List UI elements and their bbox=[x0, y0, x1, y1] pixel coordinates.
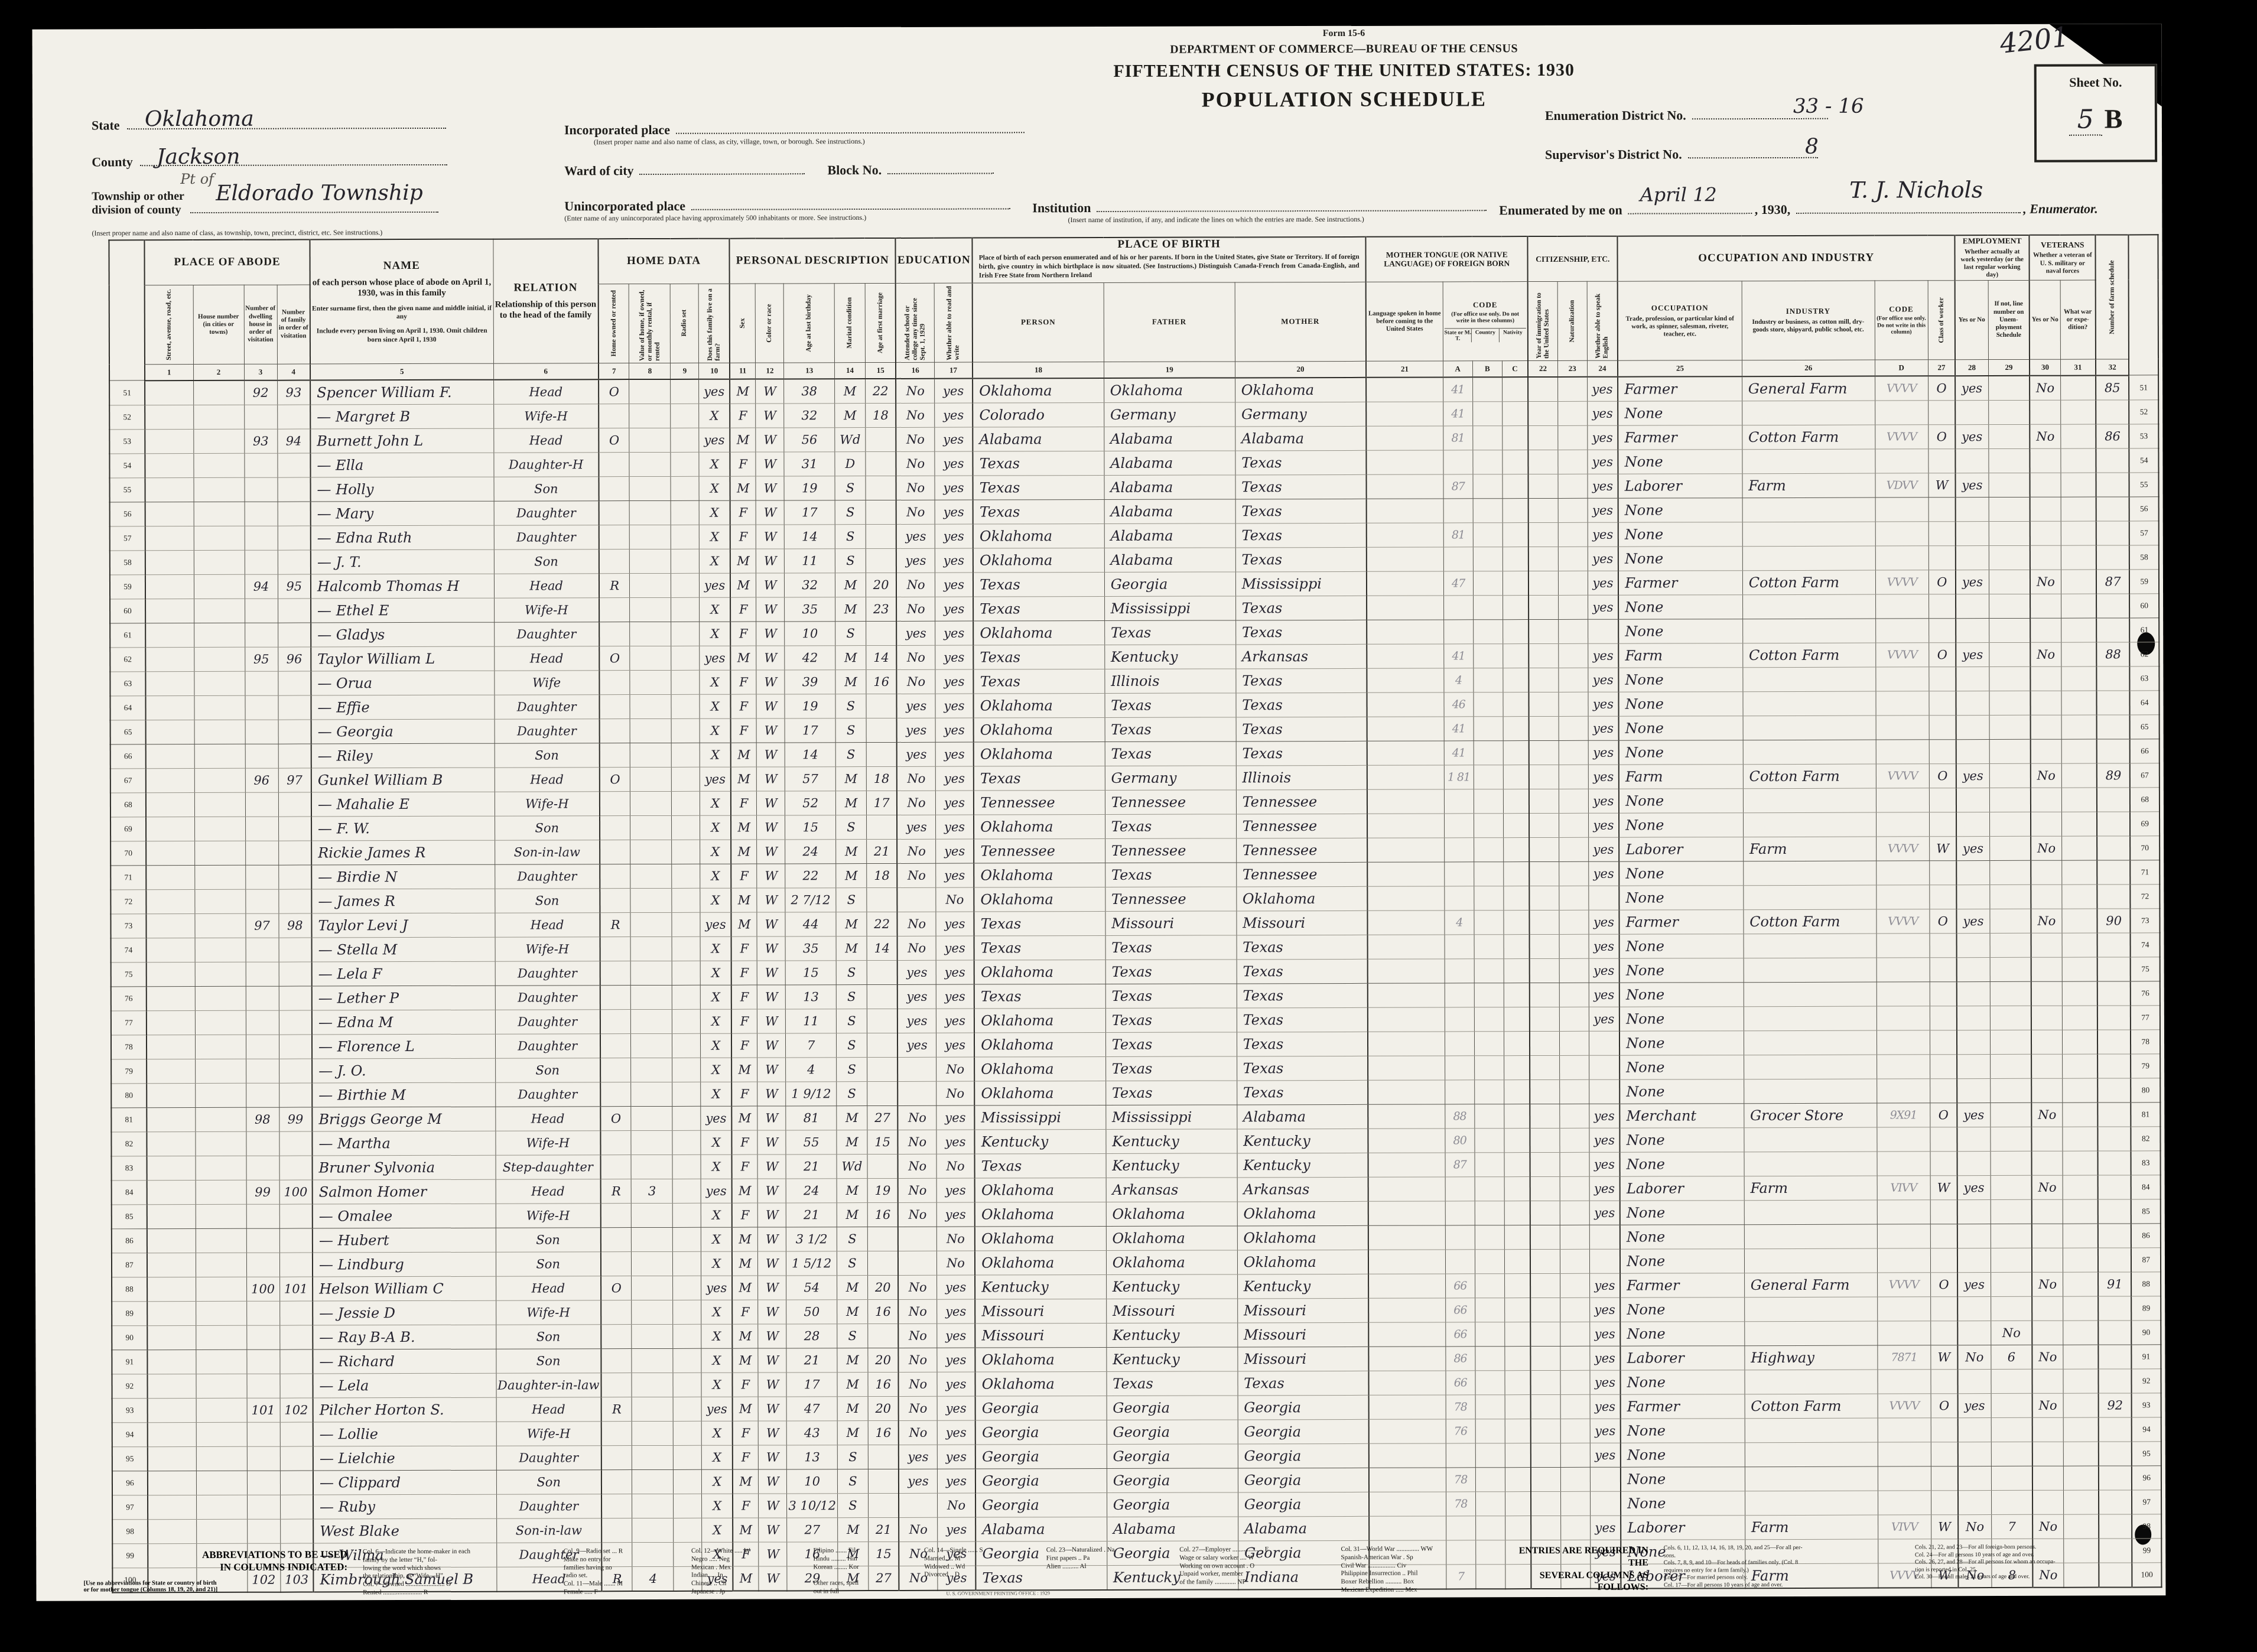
cell bbox=[280, 1422, 313, 1446]
cell bbox=[1989, 666, 2031, 691]
cell: M bbox=[836, 863, 867, 887]
cell bbox=[1877, 934, 1930, 958]
cell bbox=[1367, 547, 1443, 571]
cell: Cotton Farm bbox=[1743, 764, 1876, 789]
cell bbox=[1505, 1394, 1531, 1419]
cell: Oklahoma bbox=[1235, 378, 1366, 402]
cell bbox=[1474, 1104, 1504, 1129]
cell bbox=[1742, 546, 1875, 571]
cell: Head bbox=[495, 768, 600, 792]
cell: yes bbox=[935, 815, 974, 839]
cell: 13 bbox=[786, 984, 837, 1009]
head-emp_yes: Yes or No bbox=[1957, 316, 1987, 324]
cell bbox=[601, 1421, 632, 1445]
group-home-data: HOME DATA bbox=[600, 255, 727, 268]
col-number-7: 7 bbox=[599, 363, 629, 379]
cell: 53 bbox=[109, 430, 145, 454]
cell bbox=[1473, 547, 1503, 571]
cell bbox=[672, 936, 700, 961]
cell bbox=[246, 938, 279, 962]
cell: Georgia bbox=[1238, 1395, 1369, 1420]
cell bbox=[1745, 1418, 1878, 1443]
cell bbox=[631, 985, 672, 1009]
group-name: NAME bbox=[312, 259, 492, 272]
cell bbox=[2096, 497, 2129, 521]
cell: None bbox=[1621, 1442, 1745, 1467]
cell: yes bbox=[700, 573, 730, 597]
cell bbox=[278, 841, 311, 865]
cell: Briggs George M bbox=[312, 1107, 495, 1131]
cell: X bbox=[701, 961, 731, 985]
entries-left: Cols. 6, 11, 12, 13, 14, 16, 18, 19, 20,… bbox=[1664, 1544, 1900, 1589]
cell bbox=[1989, 594, 2030, 618]
cell bbox=[1503, 643, 1528, 668]
cell: W bbox=[757, 791, 785, 815]
cell: Texas bbox=[1105, 960, 1237, 984]
cell bbox=[631, 961, 672, 985]
cell: — Martha bbox=[312, 1131, 495, 1156]
cell: No bbox=[1958, 1345, 1991, 1369]
cell bbox=[1956, 594, 1989, 618]
cell: yes bbox=[1588, 789, 1619, 813]
head-person: PERSON bbox=[974, 317, 1103, 327]
cell bbox=[2062, 957, 2097, 981]
cell bbox=[601, 1227, 632, 1251]
header-cell: Num­ber of dwell­ing house in order of v… bbox=[244, 285, 277, 364]
cell bbox=[194, 865, 245, 889]
cell: 60 bbox=[110, 599, 145, 623]
cell: Laborer bbox=[1621, 1345, 1745, 1370]
cell bbox=[194, 720, 245, 744]
cell bbox=[245, 550, 278, 574]
cell: — Clippard bbox=[313, 1470, 496, 1495]
cell bbox=[245, 599, 278, 623]
header-cell: PERSONAL DESCRIPTION bbox=[729, 238, 896, 284]
cell bbox=[631, 1106, 672, 1130]
cell bbox=[1928, 497, 1956, 522]
cell bbox=[196, 1471, 247, 1495]
cell: Farmer bbox=[1618, 376, 1742, 401]
cell: Mississippi bbox=[1235, 571, 1367, 596]
cell: O bbox=[1930, 1273, 1957, 1297]
cell: 61 bbox=[110, 623, 145, 648]
cell: 82 bbox=[111, 1132, 147, 1156]
cell: yes bbox=[935, 791, 974, 815]
cell: M bbox=[730, 428, 756, 452]
cell bbox=[1474, 838, 1503, 862]
cell bbox=[1990, 884, 2031, 909]
cell bbox=[279, 1253, 313, 1277]
cell: R bbox=[599, 573, 630, 597]
cell bbox=[1558, 571, 1588, 595]
cell bbox=[673, 1276, 701, 1300]
cell bbox=[145, 405, 193, 429]
cell bbox=[1743, 667, 1876, 692]
head-dwelling: Num­ber of dwell­ing house in order of v… bbox=[245, 305, 275, 344]
cell: M bbox=[730, 549, 756, 573]
cell bbox=[2030, 594, 2061, 618]
cell: 67 bbox=[2130, 763, 2160, 788]
cell bbox=[280, 1446, 313, 1471]
cell bbox=[1991, 1127, 2032, 1151]
cell: W bbox=[758, 1251, 786, 1276]
cell bbox=[1989, 788, 2031, 812]
cell: 96 bbox=[245, 768, 278, 792]
cell bbox=[671, 694, 700, 718]
cell bbox=[2097, 957, 2131, 981]
cell bbox=[1474, 1080, 1504, 1104]
cell: Oklahoma bbox=[973, 378, 1104, 403]
cell: Wife-H bbox=[495, 937, 600, 961]
cell bbox=[1931, 1466, 1958, 1491]
cell: 56 bbox=[110, 502, 145, 526]
cell: Kentucky bbox=[975, 1129, 1106, 1154]
cell: Texas bbox=[1235, 596, 1367, 620]
cell: 87 bbox=[1443, 474, 1473, 499]
cell bbox=[1931, 1370, 1958, 1394]
cell bbox=[1530, 1225, 1560, 1249]
cell bbox=[671, 500, 700, 525]
cell bbox=[1504, 1297, 1530, 1322]
township-value: Eldorado Township bbox=[216, 181, 423, 206]
cell: 17 bbox=[786, 1372, 837, 1396]
cell: 3 10/12 bbox=[787, 1493, 838, 1517]
cell: yes bbox=[1590, 1394, 1621, 1419]
cell: Alabama bbox=[1104, 548, 1235, 573]
cell bbox=[1559, 692, 1588, 716]
head-farm: Does this family live on a farm? bbox=[706, 285, 721, 361]
cell: No bbox=[896, 500, 935, 524]
cell: 2 7/12 bbox=[785, 887, 836, 912]
cell: yes bbox=[701, 1397, 732, 1421]
cell: No bbox=[899, 1420, 937, 1445]
cell: M bbox=[835, 403, 866, 427]
cell bbox=[147, 986, 195, 1010]
cell bbox=[1930, 1200, 1957, 1224]
cell bbox=[1528, 401, 1557, 425]
cell bbox=[1989, 545, 2030, 570]
cell: 81 bbox=[2131, 1103, 2160, 1127]
cell bbox=[1368, 1080, 1445, 1104]
cell: W bbox=[759, 1445, 787, 1469]
cell bbox=[600, 1058, 631, 1082]
cell: None bbox=[1619, 667, 1743, 692]
cell: yes bbox=[937, 1348, 975, 1372]
cell bbox=[1956, 448, 1989, 473]
cell bbox=[1369, 1468, 1446, 1492]
cell: 21 bbox=[786, 1348, 837, 1372]
cell: Tennessee bbox=[1105, 887, 1237, 912]
cell: F bbox=[730, 452, 756, 476]
cell: 72 bbox=[2131, 884, 2160, 909]
cell bbox=[599, 404, 629, 428]
cell bbox=[600, 815, 630, 840]
cell bbox=[2097, 836, 2130, 860]
cell: X bbox=[702, 1445, 733, 1469]
cell: X bbox=[700, 864, 731, 888]
cell: — Effie bbox=[311, 695, 494, 720]
header-cell: OCCUPATION AND INDUSTRY bbox=[1618, 235, 1955, 281]
code-subheads: State or M. T.CountryNa­tivity bbox=[1445, 328, 1527, 342]
cell bbox=[1931, 1418, 1958, 1442]
cell: Son bbox=[495, 816, 600, 840]
cell bbox=[1475, 1177, 1504, 1201]
cell: M bbox=[837, 1105, 867, 1130]
cell: Kentucky bbox=[1107, 1347, 1238, 1372]
cell bbox=[868, 1445, 899, 1469]
cell bbox=[1989, 739, 2031, 763]
cell: 68 bbox=[2130, 788, 2160, 812]
cell bbox=[2061, 497, 2096, 521]
cell bbox=[867, 1227, 898, 1251]
cell bbox=[1368, 1056, 1445, 1080]
cell: 11 bbox=[785, 548, 835, 573]
cell bbox=[1530, 1152, 1560, 1176]
cell bbox=[1877, 1079, 1930, 1103]
cell: 6 bbox=[1991, 1345, 2032, 1369]
cell: F bbox=[732, 1300, 758, 1324]
cell bbox=[632, 1227, 673, 1251]
cell bbox=[1503, 619, 1528, 643]
cell bbox=[1473, 596, 1503, 620]
cell: Georgia bbox=[975, 1396, 1107, 1420]
cell bbox=[1504, 1201, 1530, 1225]
cell: X bbox=[700, 525, 730, 549]
cell bbox=[1742, 619, 1875, 643]
cell bbox=[2030, 400, 2060, 424]
cell bbox=[1559, 1104, 1589, 1128]
cell: No bbox=[897, 839, 936, 863]
cell: 41 bbox=[1444, 741, 1474, 765]
cell: 101 bbox=[279, 1277, 313, 1301]
cell bbox=[1475, 1201, 1504, 1225]
cell bbox=[1505, 1516, 1531, 1540]
cell bbox=[1366, 426, 1443, 450]
cell bbox=[1473, 571, 1503, 596]
cell: yes bbox=[1957, 1272, 1991, 1296]
cell: S bbox=[835, 694, 866, 718]
cell: 91 bbox=[2132, 1345, 2161, 1369]
cell: Son bbox=[494, 477, 599, 501]
cell: yes bbox=[935, 427, 973, 451]
cell bbox=[1504, 983, 1530, 1007]
cell: 83 bbox=[112, 1156, 147, 1181]
cell: Oklahoma bbox=[975, 1347, 1107, 1372]
header-cell: EDUCATION bbox=[896, 238, 973, 284]
cell bbox=[280, 1495, 313, 1519]
cell bbox=[1445, 1177, 1475, 1201]
cell bbox=[1531, 1419, 1560, 1443]
cell: F bbox=[732, 1203, 758, 1227]
cell: Texas bbox=[973, 475, 1104, 500]
cell: Kentucky bbox=[1237, 1153, 1368, 1178]
cell: 18 bbox=[866, 403, 896, 427]
cell bbox=[671, 573, 700, 597]
cell bbox=[1744, 1297, 1877, 1322]
cell: — Ella bbox=[310, 453, 493, 477]
cell: W bbox=[759, 1518, 787, 1542]
cell bbox=[1445, 959, 1474, 983]
cell bbox=[1504, 1322, 1530, 1346]
cell: 86 bbox=[2131, 1224, 2161, 1248]
cell bbox=[246, 1059, 279, 1083]
cell bbox=[194, 913, 245, 938]
cell bbox=[1530, 934, 1559, 958]
cell bbox=[671, 379, 699, 404]
cell: 99 bbox=[279, 1107, 312, 1131]
cell: W bbox=[758, 1324, 786, 1348]
cell: W bbox=[756, 404, 784, 428]
cell: X bbox=[700, 549, 730, 573]
cell bbox=[1557, 377, 1587, 402]
cell: F bbox=[733, 1445, 759, 1469]
cell bbox=[278, 695, 311, 720]
cell bbox=[1529, 789, 1559, 813]
cell bbox=[1502, 401, 1528, 425]
cell bbox=[632, 1300, 673, 1324]
header-cell: Sex bbox=[730, 284, 756, 363]
cell bbox=[147, 1156, 196, 1180]
cell: West Blake bbox=[313, 1518, 496, 1543]
cell bbox=[1875, 497, 1928, 522]
cell bbox=[1878, 1466, 1931, 1491]
cell: 41 bbox=[1444, 717, 1474, 741]
cell: No bbox=[2030, 642, 2061, 666]
cell: 80 bbox=[2131, 1078, 2160, 1103]
head-immigration: Year of immigra­tion to the United State… bbox=[1535, 283, 1550, 359]
cell bbox=[1504, 1249, 1530, 1273]
cell: Kentucky bbox=[975, 1274, 1106, 1299]
cell: D bbox=[835, 451, 866, 476]
cell: X bbox=[701, 1324, 732, 1348]
cell: Wife-H bbox=[496, 1204, 601, 1228]
cell: No bbox=[898, 1202, 936, 1227]
census-title: FIFTEENTH CENSUS OF THE UNITED STATES: 1… bbox=[960, 60, 1728, 82]
cell bbox=[1991, 1393, 2032, 1417]
cell bbox=[1367, 474, 1443, 499]
cell bbox=[1930, 1248, 1957, 1273]
cell bbox=[145, 453, 193, 477]
cell: yes bbox=[1590, 1370, 1621, 1394]
cell bbox=[866, 476, 896, 500]
cell bbox=[2032, 1369, 2063, 1393]
cell: Texas bbox=[1237, 1080, 1368, 1105]
cell bbox=[2097, 739, 2130, 763]
cell bbox=[1877, 1224, 1930, 1248]
cell bbox=[1529, 861, 1559, 886]
cell: 16 bbox=[866, 669, 897, 694]
cell bbox=[1367, 765, 1444, 789]
cell: Cotton Farm bbox=[1742, 643, 1875, 668]
cell: F bbox=[731, 1033, 757, 1058]
cell: 55 bbox=[2129, 473, 2159, 497]
cell: Georgia bbox=[975, 1468, 1107, 1493]
cell: M bbox=[835, 379, 866, 404]
cell: 56 bbox=[784, 427, 835, 451]
cell: Oklahoma bbox=[974, 742, 1105, 766]
cell bbox=[1528, 571, 1558, 595]
cell: 19 bbox=[785, 694, 835, 718]
cell: yes bbox=[899, 1445, 937, 1469]
cell: 95 bbox=[245, 647, 278, 671]
cell: yes bbox=[1588, 498, 1618, 522]
cell: Texas bbox=[1105, 1008, 1237, 1033]
cell bbox=[2061, 473, 2096, 497]
cell bbox=[1877, 1297, 1930, 1321]
cell: yes bbox=[899, 1469, 937, 1493]
cell: 78 bbox=[1446, 1468, 1475, 1492]
cell: Kentucky bbox=[1104, 645, 1235, 669]
cell bbox=[1560, 1225, 1589, 1249]
group-veterans: VETERANS bbox=[2031, 240, 2094, 249]
cell: Oklahoma bbox=[1106, 1226, 1237, 1251]
cell: X bbox=[701, 1300, 732, 1324]
cell: 59 bbox=[2129, 570, 2159, 594]
cell: W bbox=[757, 1009, 786, 1033]
cell: Georgia bbox=[1238, 1492, 1369, 1517]
cell bbox=[1875, 449, 1928, 473]
cell: R bbox=[600, 912, 630, 936]
cell: Wife-H bbox=[493, 404, 599, 428]
header-cell: Marital con­dition bbox=[834, 283, 865, 362]
cell: yes bbox=[701, 1276, 732, 1300]
head-age: Age at last birthday bbox=[805, 294, 813, 352]
cell: 53 bbox=[2129, 424, 2158, 448]
cell: yes bbox=[1956, 763, 1989, 788]
cell bbox=[1989, 497, 2030, 521]
cell bbox=[898, 1251, 936, 1275]
cell: Texas bbox=[1105, 1081, 1237, 1105]
cell: No bbox=[899, 1348, 937, 1372]
cell: — Edna Ruth bbox=[311, 525, 494, 550]
cell bbox=[1368, 1007, 1445, 1032]
cell: S bbox=[837, 1323, 868, 1348]
cell: W bbox=[757, 936, 785, 961]
cell bbox=[2032, 1490, 2063, 1514]
census-sheet: Form 15-6 DEPARTMENT OF COMMERCE—BUREAU … bbox=[32, 24, 2166, 1601]
state-label: State bbox=[92, 118, 120, 132]
cell bbox=[194, 817, 245, 841]
cell bbox=[1878, 1442, 1931, 1466]
cell bbox=[673, 1348, 701, 1373]
cell bbox=[279, 1131, 312, 1156]
cell bbox=[1958, 1417, 1991, 1442]
cell bbox=[1369, 1516, 1446, 1540]
cell: Texas bbox=[975, 1153, 1106, 1178]
cell: None bbox=[1618, 619, 1742, 643]
col-number-12: 12 bbox=[756, 363, 784, 379]
cell: Daughter bbox=[494, 695, 599, 719]
cell bbox=[630, 500, 671, 525]
head-english: Whether able to speak English bbox=[1595, 283, 1610, 359]
cell bbox=[1744, 885, 1877, 910]
cell bbox=[1930, 1152, 1957, 1176]
header-cell bbox=[109, 240, 145, 381]
cell bbox=[1559, 765, 1588, 789]
cell: No bbox=[2032, 1393, 2063, 1417]
cell bbox=[600, 961, 631, 985]
cell bbox=[1877, 958, 1930, 982]
cell: 47 bbox=[786, 1396, 837, 1420]
cell: Head bbox=[495, 913, 600, 937]
cell: 97 bbox=[112, 1495, 148, 1520]
header-cell: CITIZENSHIP, ETC. bbox=[1528, 236, 1618, 282]
col-number-18: 18 bbox=[973, 362, 1104, 378]
cell bbox=[1473, 450, 1503, 474]
col-number-16: 16 bbox=[896, 362, 934, 379]
cell bbox=[1928, 594, 1956, 619]
cell bbox=[2031, 860, 2061, 884]
